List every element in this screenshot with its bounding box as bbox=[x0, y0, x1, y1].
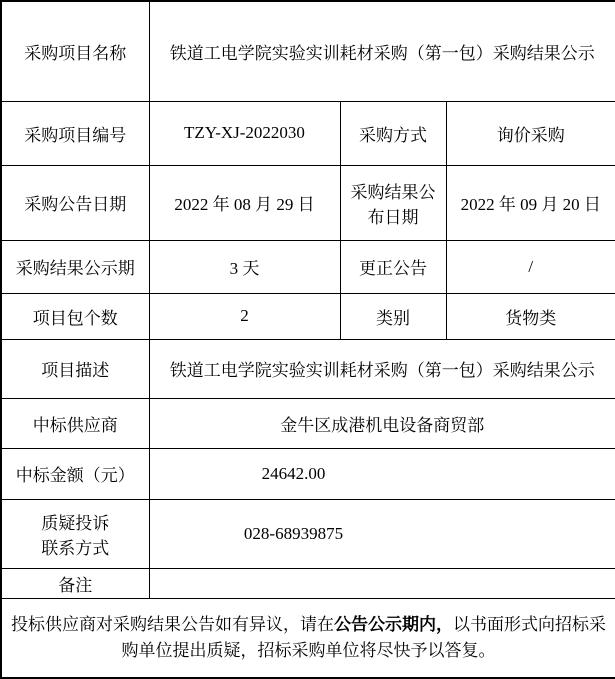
winning-amount-label: 中标金额（元） bbox=[1, 448, 149, 499]
package-count-label: 项目包个数 bbox=[1, 293, 149, 339]
package-count-value: 2 bbox=[149, 293, 340, 339]
row-announce-date: 采购公告日期 2022 年 08 月 29 日 采购结果公 布日期 2022 年… bbox=[1, 165, 615, 240]
row-winning-amount: 中标金额（元） 24642.00 bbox=[1, 448, 615, 499]
row-objection-note: 投标供应商对采购结果公告如有异议，请在公告公示期内，以书面形式向招标采购单位提出… bbox=[1, 598, 615, 678]
project-name-label: 采购项目名称 bbox=[1, 1, 149, 101]
publicity-period-value: 3 天 bbox=[149, 240, 340, 293]
winning-supplier-label: 中标供应商 bbox=[1, 398, 149, 448]
winning-amount-value: 24642.00 bbox=[156, 464, 432, 484]
project-name-value: 铁道工电学院实验实训耗材采购（第一包）采购结果公示 bbox=[149, 1, 615, 101]
correction-notice-label: 更正公告 bbox=[340, 240, 446, 293]
row-project-number: 采购项目编号 TZY-XJ-2022030 采购方式 询价采购 bbox=[1, 101, 615, 165]
complaint-contact-value: 028-68939875 bbox=[156, 524, 432, 544]
row-remarks: 备注 bbox=[1, 568, 615, 598]
category-label: 类别 bbox=[340, 293, 446, 339]
project-desc-value: 铁道工电学院实验实训耗材采购（第一包）采购结果公示 bbox=[149, 339, 615, 398]
project-number-label: 采购项目编号 bbox=[1, 101, 149, 165]
row-complaint-contact: 质疑投诉 联系方式 028-68939875 bbox=[1, 499, 615, 568]
winning-amount-cell: 24642.00 bbox=[149, 448, 615, 499]
announce-date-value: 2022 年 08 月 29 日 bbox=[149, 165, 340, 240]
remarks-value bbox=[149, 568, 615, 598]
row-project-desc: 项目描述 铁道工电学院实验实训耗材采购（第一包）采购结果公示 bbox=[1, 339, 615, 398]
complaint-contact-label: 质疑投诉 联系方式 bbox=[1, 499, 149, 568]
procurement-method-label: 采购方式 bbox=[340, 101, 446, 165]
category-value: 货物类 bbox=[446, 293, 615, 339]
note-text-pre: 投标供应商对采购结果公告如有异议，请在 bbox=[11, 615, 334, 634]
objection-note: 投标供应商对采购结果公告如有异议，请在公告公示期内，以书面形式向招标采购单位提出… bbox=[1, 598, 615, 678]
row-winning-supplier: 中标供应商 金牛区成港机电设备商贸部 bbox=[1, 398, 615, 448]
complaint-contact-cell: 028-68939875 bbox=[149, 499, 615, 568]
procurement-method-value: 询价采购 bbox=[446, 101, 615, 165]
note-text-bold: 公告公示期内， bbox=[334, 615, 453, 634]
result-date-value: 2022 年 09 月 20 日 bbox=[446, 165, 615, 240]
correction-notice-value: / bbox=[446, 240, 615, 293]
note-text-post: 以书面形式向招 bbox=[453, 615, 572, 634]
row-project-name: 采购项目名称 铁道工电学院实验实训耗材采购（第一包）采购结果公示 bbox=[1, 1, 615, 101]
procurement-result-table: 采购项目名称 铁道工电学院实验实训耗材采购（第一包）采购结果公示 采购项目编号 … bbox=[0, 0, 615, 679]
project-desc-label: 项目描述 bbox=[1, 339, 149, 398]
publicity-period-label: 采购结果公示期 bbox=[1, 240, 149, 293]
procurement-result-page: 采购项目名称 铁道工电学院实验实训耗材采购（第一包）采购结果公示 采购项目编号 … bbox=[0, 0, 615, 679]
row-publicity-period: 采购结果公示期 3 天 更正公告 / bbox=[1, 240, 615, 293]
announce-date-label: 采购公告日期 bbox=[1, 165, 149, 240]
result-date-label: 采购结果公 布日期 bbox=[340, 165, 446, 240]
row-package-count: 项目包个数 2 类别 货物类 bbox=[1, 293, 615, 339]
winning-supplier-value: 金牛区成港机电设备商贸部 bbox=[149, 398, 615, 448]
remarks-label: 备注 bbox=[1, 568, 149, 598]
project-number-value: TZY-XJ-2022030 bbox=[149, 101, 340, 165]
